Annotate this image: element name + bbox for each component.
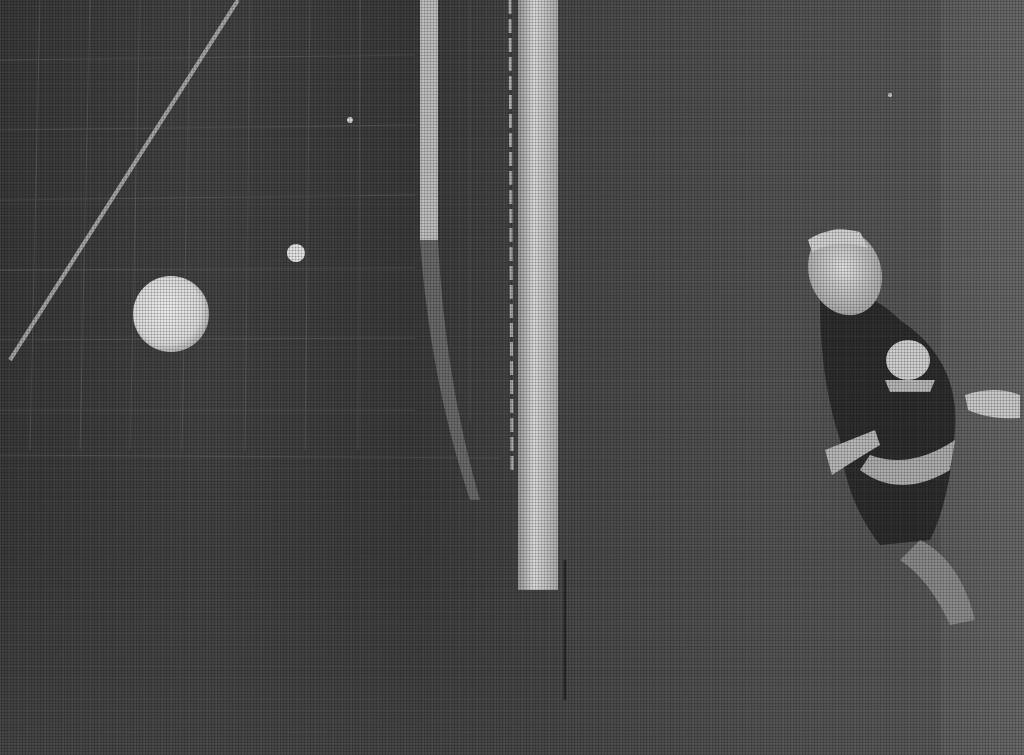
jersey-badge <box>886 340 930 380</box>
football <box>133 276 209 352</box>
photo-scene <box>0 0 1024 755</box>
photograph <box>0 0 1024 755</box>
goal-post <box>518 0 558 590</box>
side-wall <box>940 0 1024 755</box>
back-post <box>420 0 438 240</box>
small-light <box>287 244 305 262</box>
